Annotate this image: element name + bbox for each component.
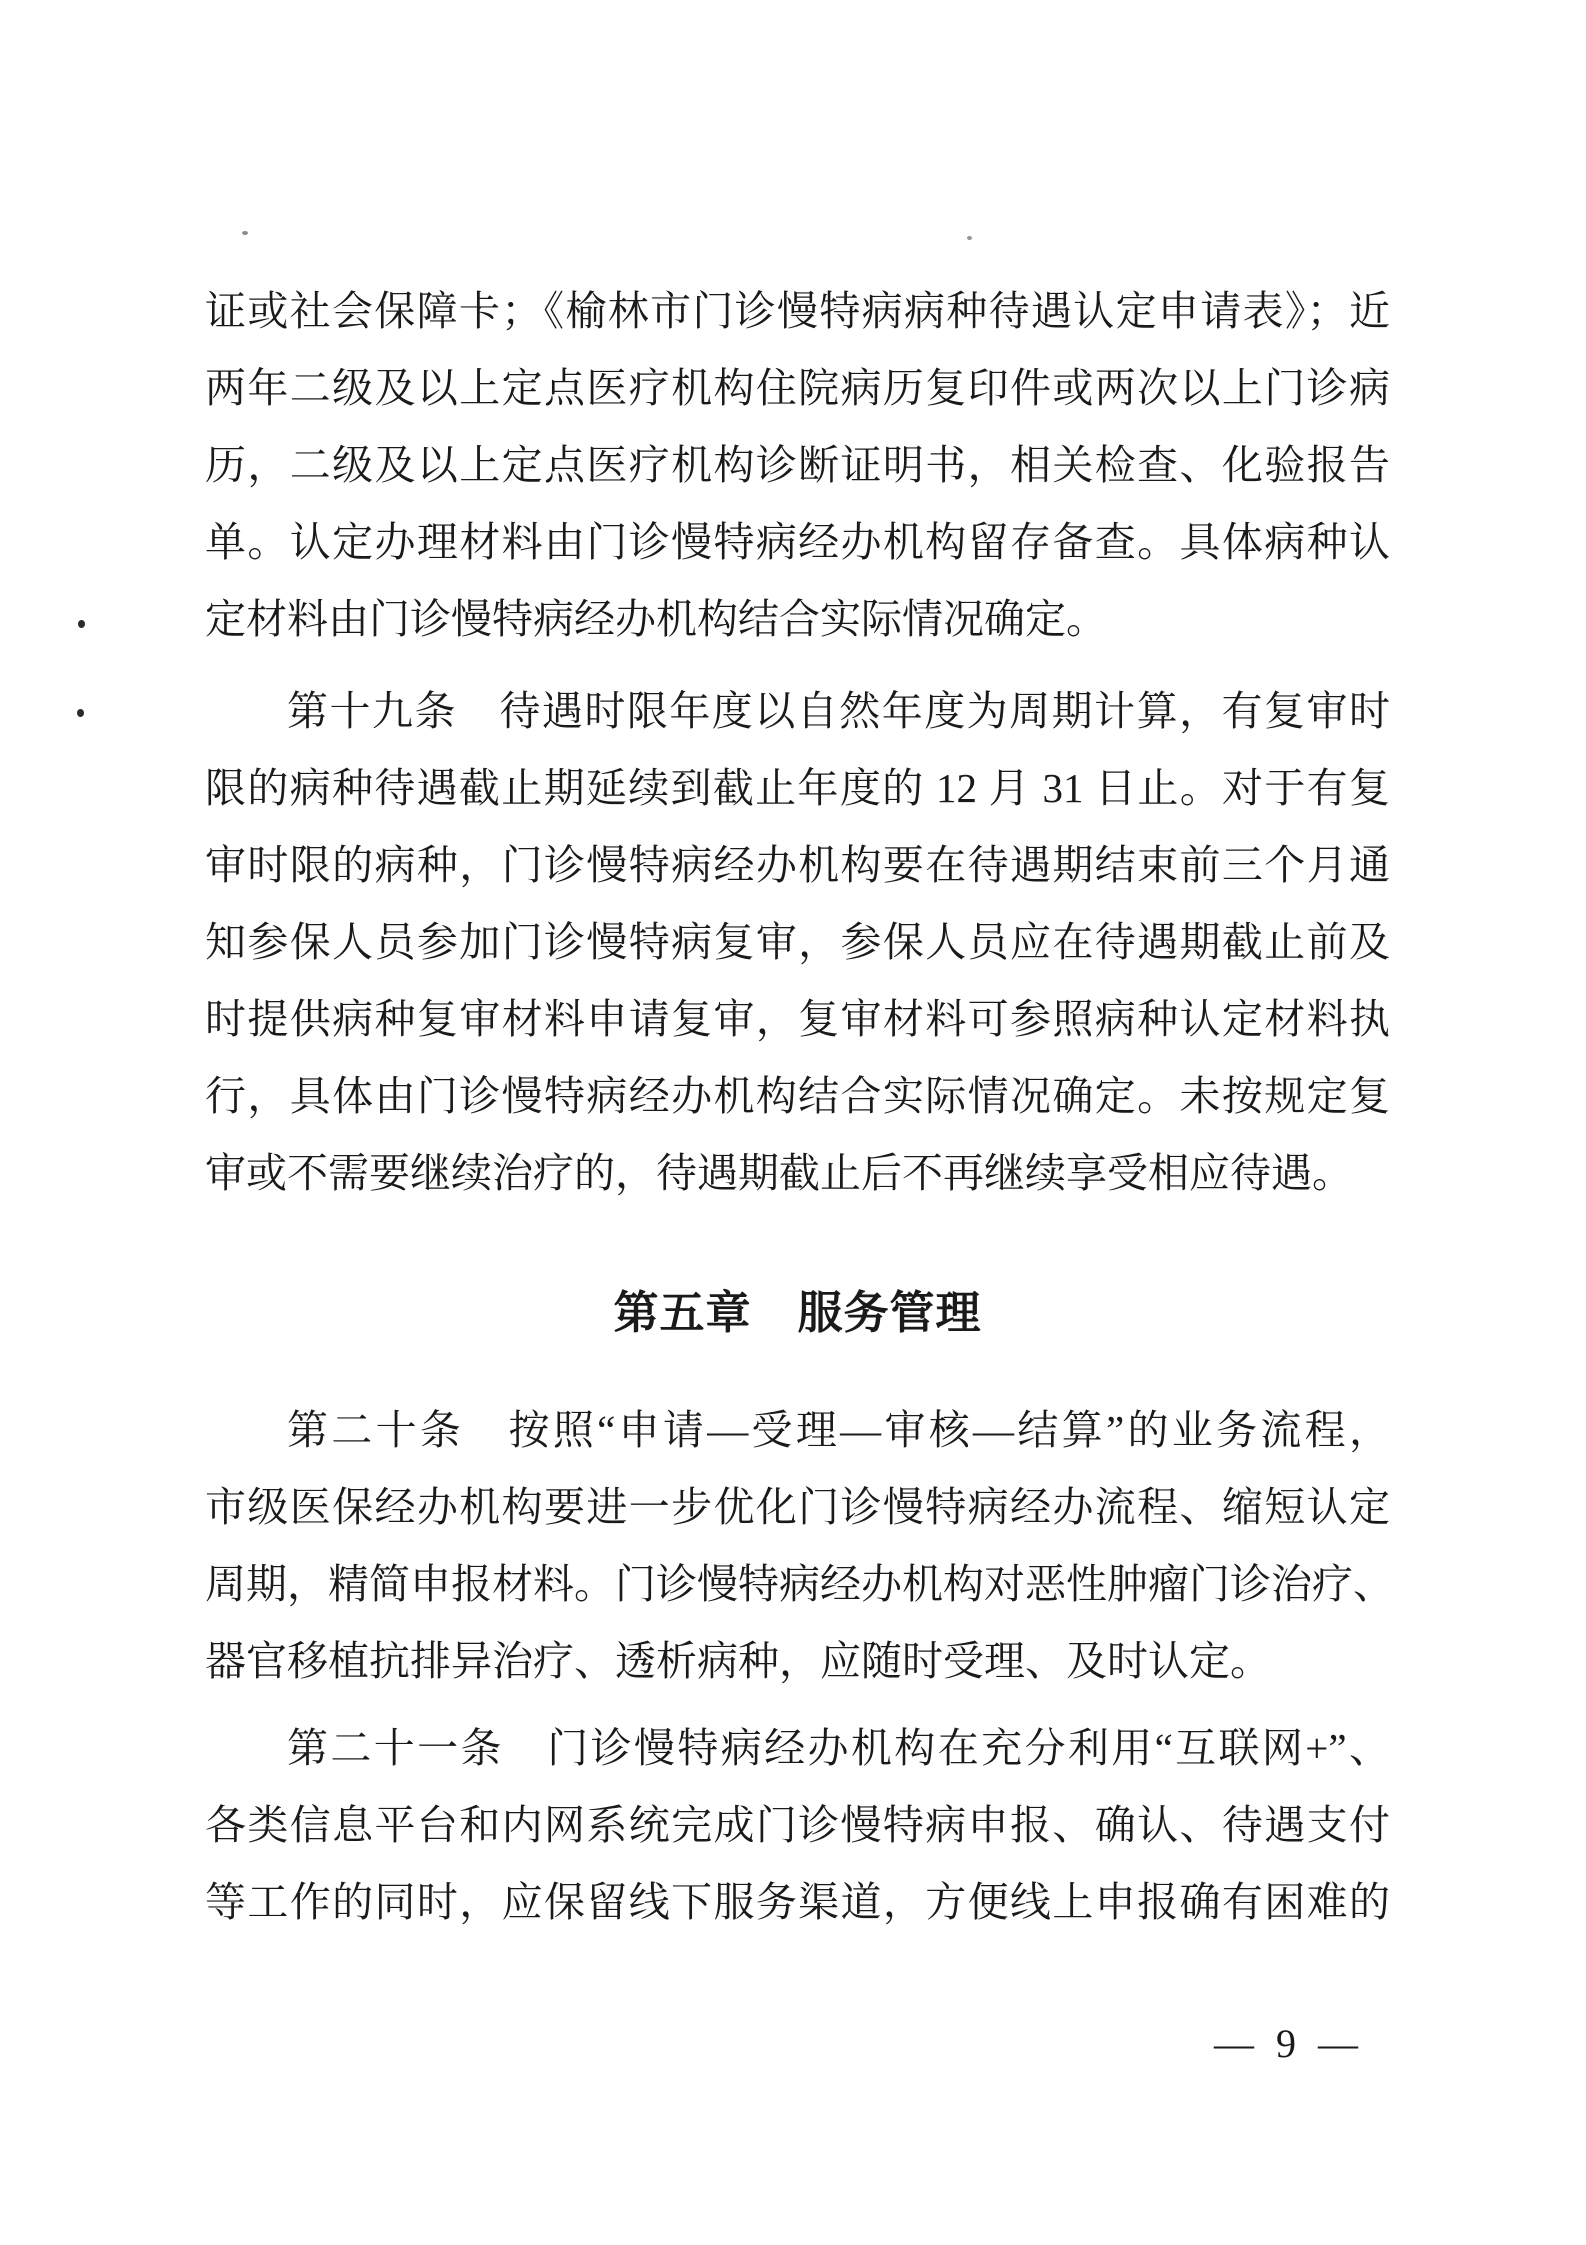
text-line: 周期，精简申报材料。门诊慢特病经办机构对恶性肿瘤门诊治疗、 [205,1546,1390,1623]
text-line: 限的病种待遇截止期延续到截止年度的 12 月 31 日止。对于有复 [205,750,1390,827]
text-line: 单。认定办理材料由门诊慢特病经办机构留存备查。具体病种认 [205,504,1390,581]
paragraph-article-19: 第十九条 待遇时限年度以自然年度为周期计算，有复审时限的病种待遇截止期延续到截止… [205,673,1390,1212]
text-line: 证或社会保障卡；《榆林市门诊慢特病病种待遇认定申请表》；近 [205,273,1390,350]
document-page: 证或社会保障卡；《榆林市门诊慢特病病种待遇认定申请表》；近两年二级及以上定点医疗… [0,0,1586,2245]
text-line: 知参保人员参加门诊慢特病复审，参保人员应在待遇期截止前及 [205,904,1390,981]
scan-speck [967,236,972,240]
scan-speck [242,231,248,235]
text-line: 各类信息平台和内网系统完成门诊慢特病申报、确认、待遇支付 [205,1787,1390,1864]
text-line: 历，二级及以上定点医疗机构诊断证明书，相关检查、化验报告 [205,427,1390,504]
text-line: 行，具体由门诊慢特病经办机构结合实际情况确定。未按规定复 [205,1058,1390,1135]
paragraph-article-20: 第二十条 按照“申请—受理—审核—结算”的业务流程，市级医保经办机构要进一步优化… [205,1392,1390,1700]
text-line: 等工作的同时，应保留线下服务渠道，方便线上申报确有困难的 [205,1864,1390,1941]
paragraph-article-21: 第二十一条 门诊慢特病经办机构在充分利用“互联网+”、各类信息平台和内网系统完成… [205,1710,1390,1941]
scan-speck [78,620,85,628]
paragraph-continuation: 证或社会保障卡；《榆林市门诊慢特病病种待遇认定申请表》；近两年二级及以上定点医疗… [205,273,1390,658]
text-line: 审时限的病种，门诊慢特病经办机构要在待遇期结束前三个月通 [205,827,1390,904]
chapter-heading: 第五章 服务管理 [205,1281,1390,1345]
text-line: 第二十一条 门诊慢特病经办机构在充分利用“互联网+”、 [205,1710,1390,1787]
text-line: 市级医保经办机构要进一步优化门诊慢特病经办流程、缩短认定 [205,1469,1390,1546]
text-line: 定材料由门诊慢特病经办机构结合实际情况确定。 [205,581,1390,658]
text-line: 时提供病种复审材料申请复审，复审材料可参照病种认定材料执 [205,981,1390,1058]
page-number: — 9 — [1214,2020,1364,2068]
text-line: 两年二级及以上定点医疗机构住院病历复印件或两次以上门诊病 [205,350,1390,427]
text-line: 第十九条 待遇时限年度以自然年度为周期计算，有复审时 [205,673,1390,750]
scan-speck [77,709,84,717]
text-line: 器官移植抗排异治疗、透析病种，应随时受理、及时认定。 [205,1623,1390,1700]
text-line: 第二十条 按照“申请—受理—审核—结算”的业务流程， [205,1392,1390,1469]
text-line: 审或不需要继续治疗的，待遇期截止后不再继续享受相应待遇。 [205,1135,1390,1212]
